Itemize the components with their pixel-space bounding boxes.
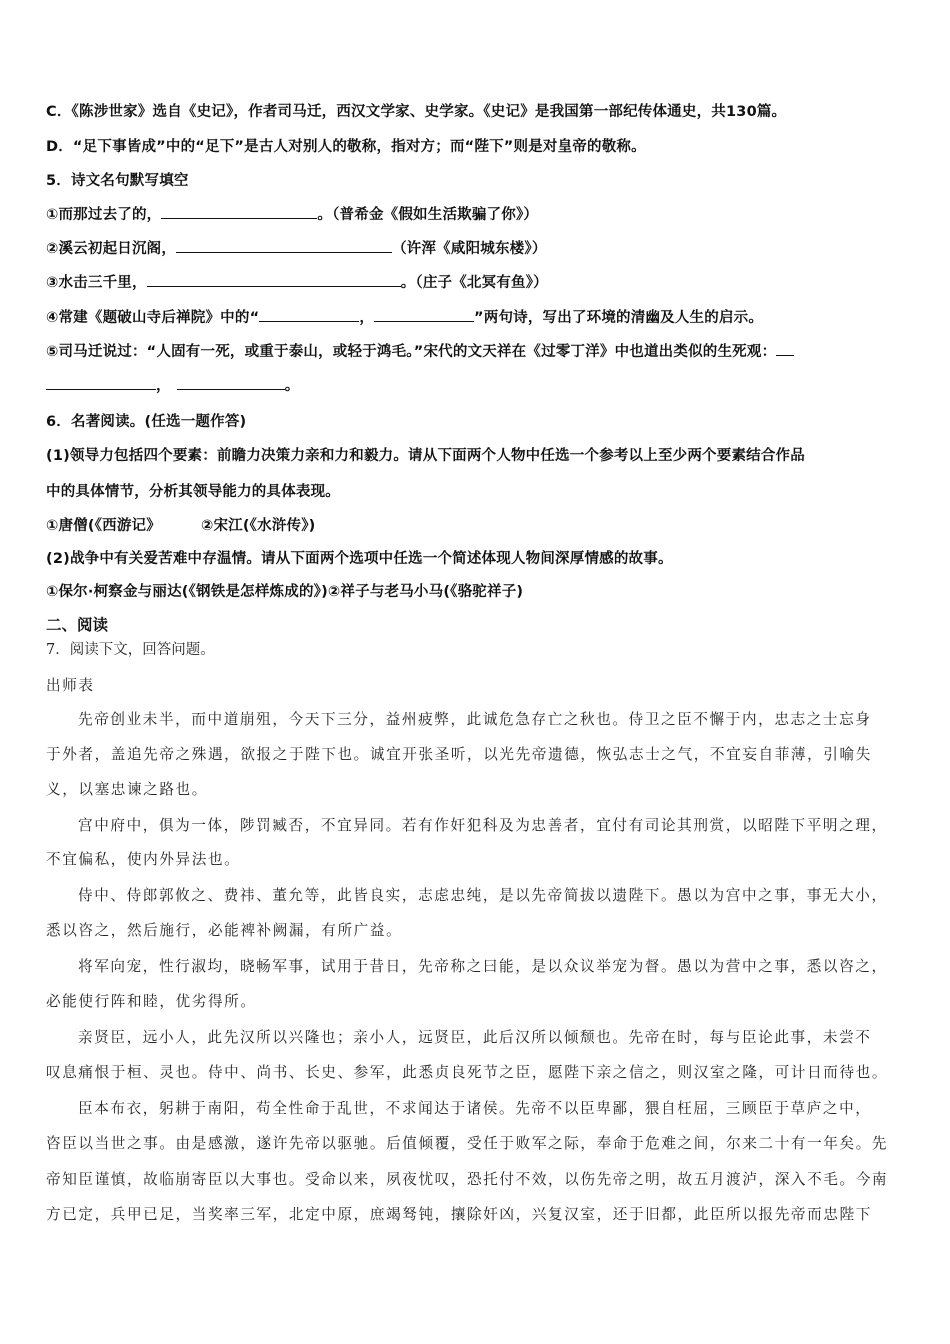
q5-item-5: ⑤司马迁说过：“人固有一死，或重于泰山，或轻于鸿毛。”宋代的文天祥在《过零丁洋》… bbox=[46, 341, 794, 362]
passage-title: 出师表 bbox=[46, 676, 95, 696]
q6-part1-line1: (1)领导力包括四个要素：前瞻力决策力亲和力和毅力。请从下面两个人物中任选一个参… bbox=[46, 446, 805, 466]
passage-line: 叹息痛恨于桓、灵也。侍中、尚书、长史、参军，此悉贞良死节之臣，愿陛下亲之信之，则… bbox=[46, 1063, 888, 1083]
q6-part1-options: ①唐僧(《西游记》②宋江(《水浒传》) bbox=[46, 516, 316, 536]
q5-item-1-prefix: ①而那过去了的， bbox=[46, 207, 161, 223]
answer-blank[interactable] bbox=[176, 238, 392, 253]
answer-blank[interactable] bbox=[177, 375, 285, 390]
q5-item-2-prefix: ②溪云初起日沉阁， bbox=[46, 241, 176, 257]
q5-item-5-prefix: ⑤司马迁说过：“人固有一死，或重于泰山，或轻于鸿毛。”宋代的文天祥在《过零丁洋》… bbox=[46, 344, 776, 360]
passage-line: 侍中、侍郎郭攸之、费祎、董允等，此皆良实，志虑忠纯，是以先帝简拔以遗陛下。愚以为… bbox=[46, 886, 888, 906]
q6-option-tangseng: ①唐僧(《西游记》 bbox=[46, 518, 161, 534]
passage-line: 于外者，盖追先帝之殊遇，欲报之于陛下也。诚宜开张圣听，以光先帝遗德，恢弘志士之气… bbox=[46, 745, 872, 765]
passage-line: 咨臣以当世之事。由是感激，遂许先帝以驱驰。后值倾覆，受任于败军之际，奉命于危难之… bbox=[46, 1134, 888, 1154]
answer-blank[interactable] bbox=[776, 341, 794, 356]
answer-blank[interactable] bbox=[259, 307, 359, 322]
answer-blank[interactable] bbox=[46, 375, 156, 390]
option-c: C．《陈涉世家》选自《史记》，作者司马迁，西汉文学家、史学家。《史记》是我国第一… bbox=[46, 102, 786, 122]
q5-item-3-suffix: 。（庄子《北冥有鱼》） bbox=[401, 275, 548, 291]
q5-item-2-suffix: （许浑《咸阳城东楼》） bbox=[392, 241, 546, 257]
answer-blank[interactable] bbox=[161, 204, 317, 219]
passage-line: 将军向宠，性行淑均，晓畅军事，试用于昔日，先帝称之曰能，是以众议举宠为督。愚以为… bbox=[46, 957, 888, 977]
q5-item-1: ①而那过去了的，。（普希金《假如生活欺骗了你》） bbox=[46, 204, 538, 225]
q5-item-4-prefix: ④常建《题破山寺后禅院》中的“ bbox=[46, 310, 259, 326]
question-6-title: 6．名著阅读。(任选一题作答) bbox=[46, 412, 246, 432]
question-5-title: 5．诗文名句默写填空 bbox=[46, 171, 189, 191]
passage-line: 宫中府中，俱为一体，陟罚臧否，不宜异同。若有作奸犯科及为忠善者，宜付有司论其刑赏… bbox=[46, 816, 888, 836]
q6-option-songjiang: ②宋江(《水浒传》) bbox=[201, 518, 316, 534]
q5-item-3: ③水击三千里，。（庄子《北冥有鱼》） bbox=[46, 272, 548, 293]
passage-line: 亲贤臣，远小人，此先汉所以兴隆也；亲小人，远贤臣，此后汉所以倾颓也。先帝在时，每… bbox=[46, 1028, 872, 1048]
q5-item-5-suffix: 。 bbox=[285, 378, 300, 394]
q5-item-3-prefix: ③水击三千里， bbox=[46, 275, 147, 291]
passage-line: 必能使行阵和睦，优劣得所。 bbox=[46, 992, 257, 1012]
q6-part1-line2: 中的具体情节，分析其领导能力的具体表现。 bbox=[46, 482, 340, 502]
passage-line: 悉以咨之，然后施行，必能裨补阙漏，有所广益。 bbox=[46, 921, 402, 941]
section-heading-reading: 二、阅读 bbox=[46, 615, 108, 635]
q5-item-5-mid: ， bbox=[156, 378, 171, 394]
q6-part2-line1: (2)战争中有关爱苦难中存温情。请从下面两个选项中任选一个简述体现人物间深厚情感… bbox=[46, 549, 673, 569]
passage-line: 义，以塞忠谏之路也。 bbox=[46, 780, 208, 800]
q5-item-4-suffix: ”两句诗，写出了环境的清幽及人生的启示。 bbox=[474, 310, 763, 326]
q5-item-2: ②溪云初起日沉阁，（许浑《咸阳城东楼》） bbox=[46, 238, 547, 259]
passage-line: 臣本布衣，躬耕于南阳，苟全性命于乱世，不求闻达于诸侯。先帝不以臣卑鄙，猥自枉屈，… bbox=[46, 1099, 872, 1119]
answer-blank[interactable] bbox=[147, 272, 401, 287]
passage-line: 方已定，兵甲已足，当奖率三军，北定中原，庶竭驽钝，攘除奸凶，兴复汉室，还于旧都，… bbox=[46, 1205, 872, 1225]
q5-item-5-continued: ，。 bbox=[46, 375, 299, 396]
q6-part2-options: ①保尔·柯察金与丽达(《钢铁是怎样炼成的》)②祥子与老马小马(《骆驼祥子) bbox=[46, 582, 523, 602]
passage-line: 不宜偏私，使内外异法也。 bbox=[46, 850, 240, 870]
answer-blank[interactable] bbox=[374, 307, 474, 322]
q5-item-4-mid: ， bbox=[359, 310, 374, 326]
question-7-title: 7．阅读下文，回答问题。 bbox=[46, 640, 215, 660]
option-d: D．“足下事皆成”中的“足下”是古人对别人的敬称，指对方；而“陛下”则是对皇帝的… bbox=[46, 137, 646, 157]
passage-line: 帝知臣谨慎，故临崩寄臣以大事也。受命以来，夙夜忧叹，恐托付不效，以伤先帝之明，故… bbox=[46, 1170, 888, 1190]
q5-item-1-suffix: 。（普希金《假如生活欺骗了你》） bbox=[317, 207, 538, 223]
passage-line: 先帝创业未半，而中道崩殂，今天下三分，益州疲弊，此诚危急存亡之秋也。侍卫之臣不懈… bbox=[46, 710, 872, 730]
q5-item-4: ④常建《题破山寺后禅院》中的“，”两句诗，写出了环境的清幽及人生的启示。 bbox=[46, 307, 763, 328]
